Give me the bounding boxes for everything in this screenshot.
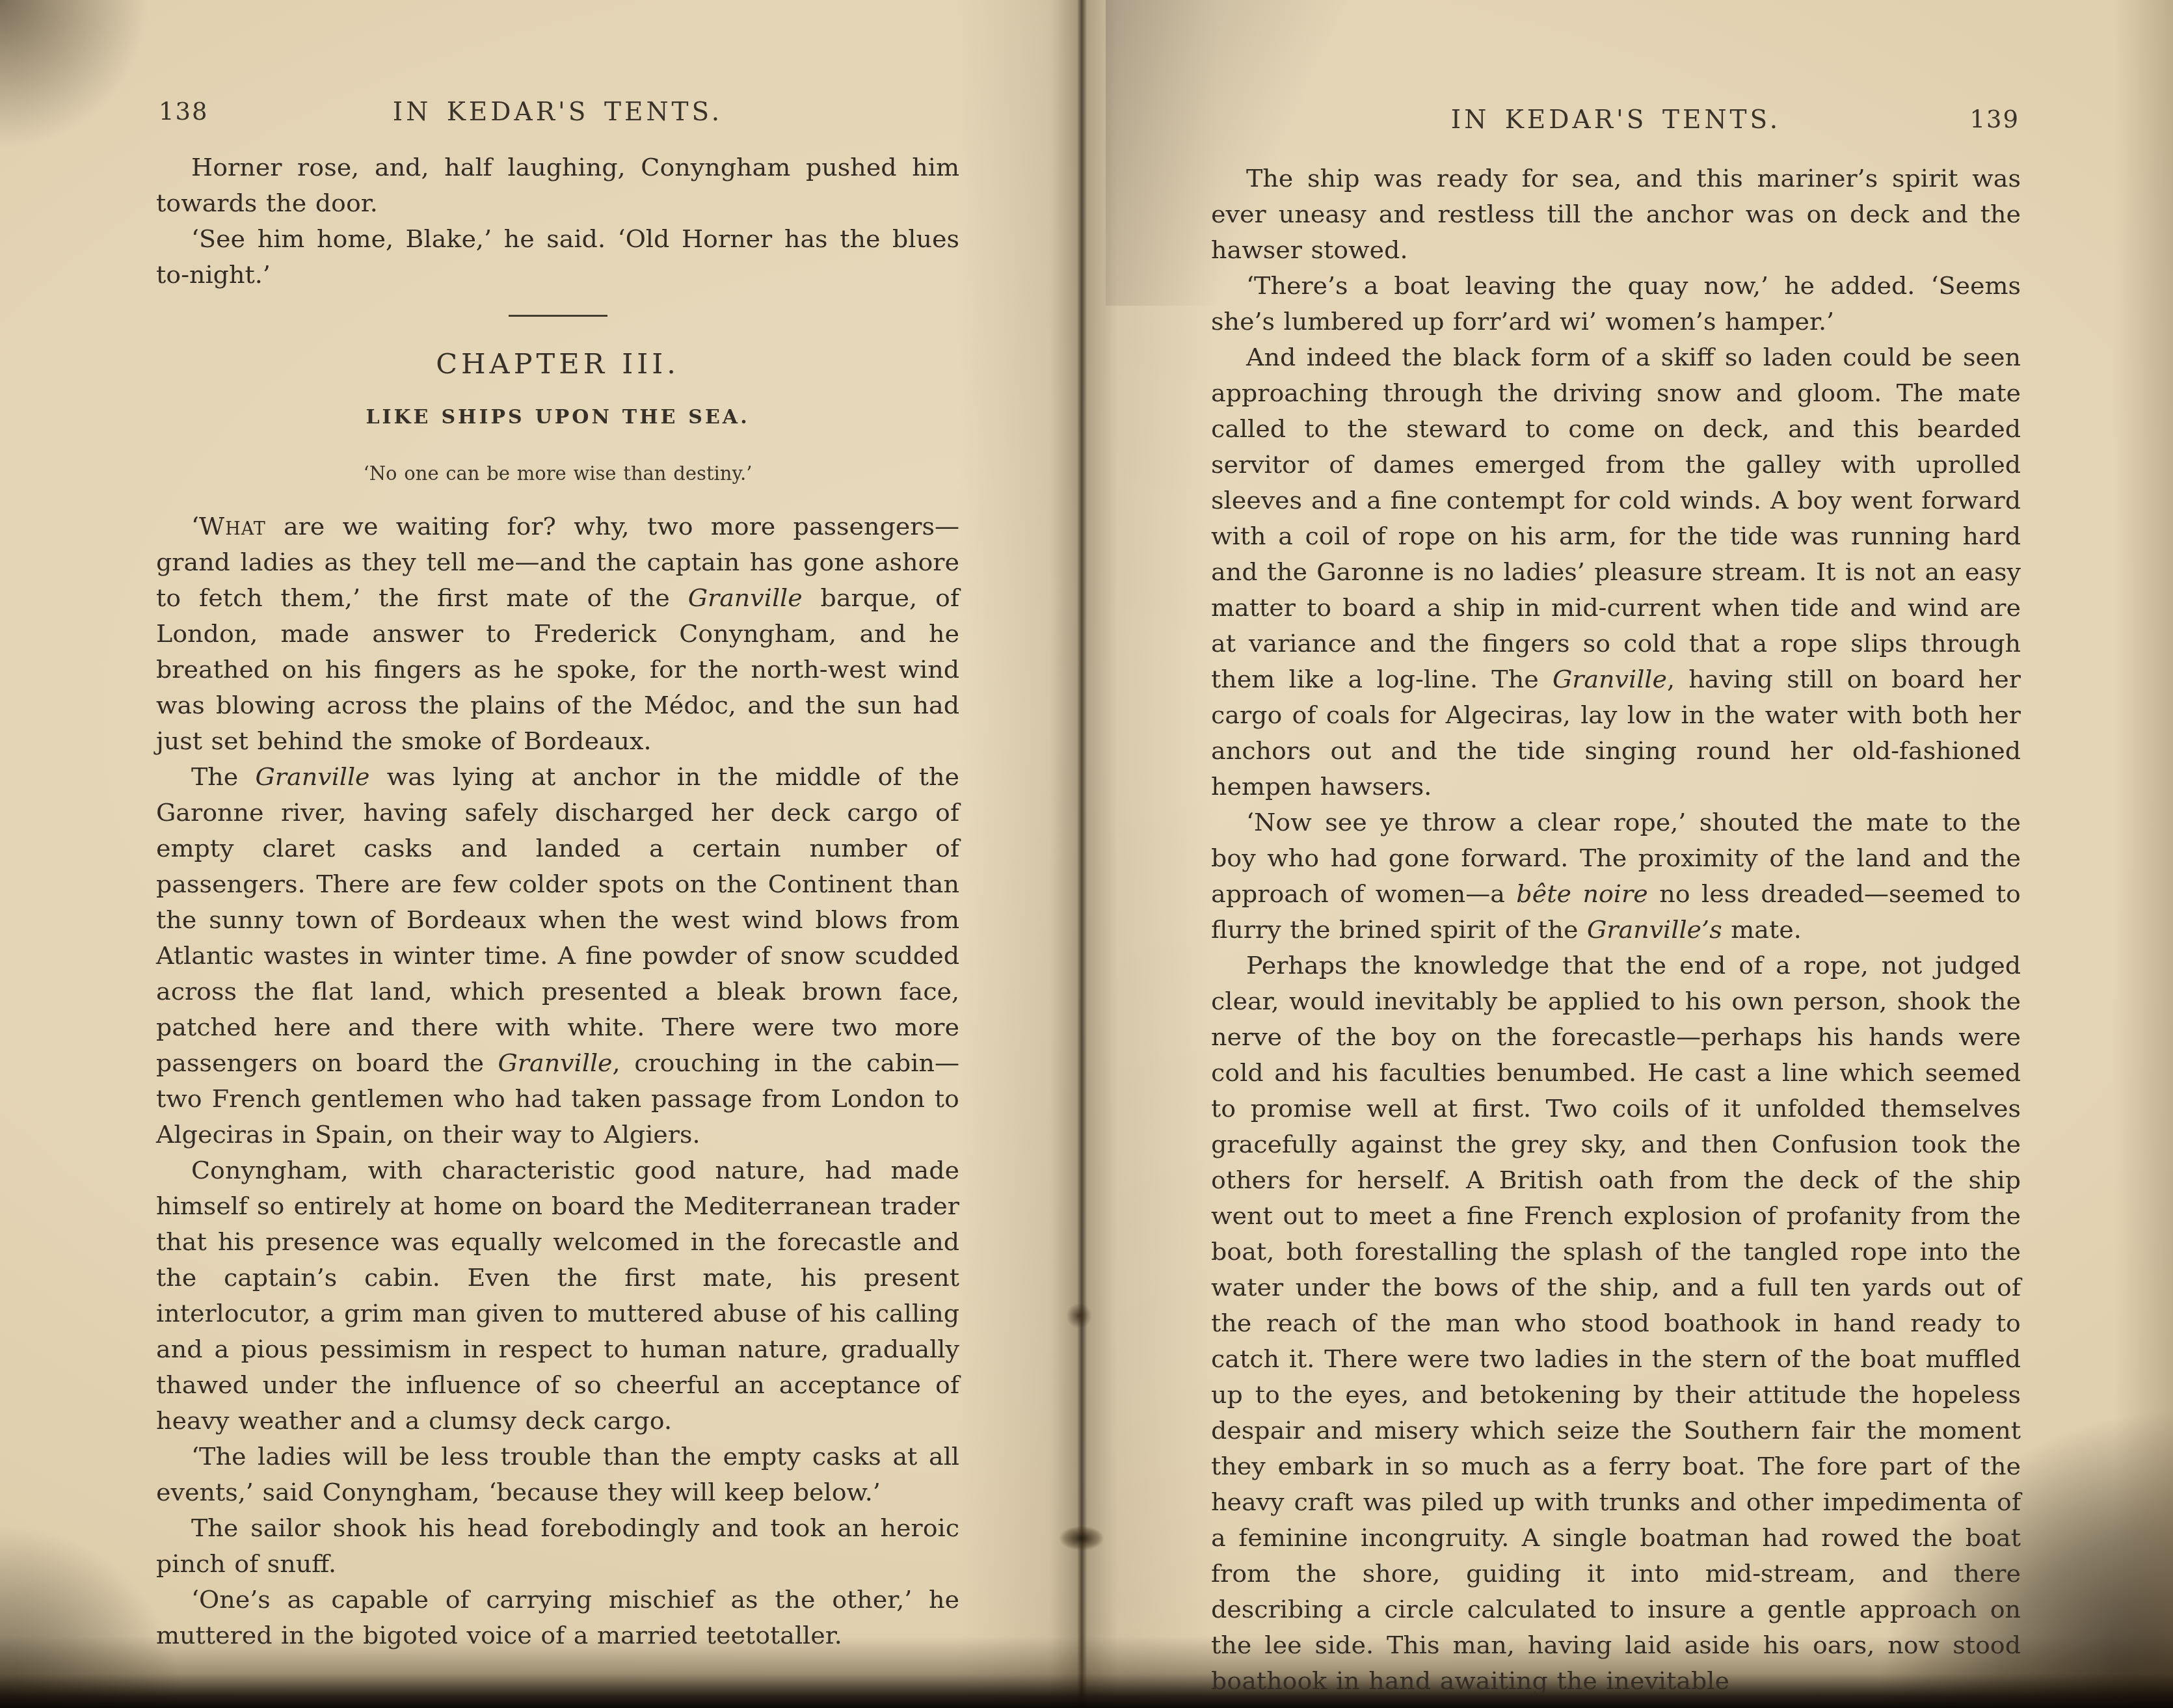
paragraph: And indeed the black form of a skiff so … xyxy=(1211,340,2021,805)
paragraph: ‘The ladies will be less trouble than th… xyxy=(156,1439,959,1510)
running-head: IN KEDAR'S TENTS. xyxy=(1211,105,2021,135)
paragraph: The Granville was lying at anchor in the… xyxy=(156,759,959,1153)
page-left-text: Horner rose, and, half laughing, Conyngh… xyxy=(156,150,959,1653)
paragraph: The ship was ready for sea, and this mar… xyxy=(1211,161,2021,268)
gutter-shadow xyxy=(956,0,1216,1708)
ink-blemish xyxy=(1046,1515,1117,1561)
running-head: IN KEDAR'S TENTS. xyxy=(156,98,959,127)
page-header-left: 138 IN KEDAR'S TENTS. xyxy=(156,98,959,127)
paragraph: ‘What are we waiting for? why, two more … xyxy=(156,509,959,759)
paragraph: Perhaps the knowledge that the end of a … xyxy=(1211,948,2021,1699)
paragraph: ‘See him home, Blake,’ he said. ‘Old Hor… xyxy=(156,221,959,293)
paragraph: ‘There’s a boat leaving the quay now,’ h… xyxy=(1211,268,2021,340)
chapter-subtitle: LIKE SHIPS UPON THE SEA. xyxy=(156,399,959,435)
page-header-right: 139 IN KEDAR'S TENTS. xyxy=(1211,105,2021,135)
page-number: 139 xyxy=(1969,105,2020,133)
section-divider xyxy=(509,315,607,317)
paragraph: The sailor shook his head forebodingly a… xyxy=(156,1510,959,1582)
corner-shadow-top-left xyxy=(0,0,182,156)
chapter-epigraph: ‘No one can be more wise than destiny.’ xyxy=(156,456,959,492)
page-right-text: The ship was ready for sea, and this mar… xyxy=(1211,161,2021,1699)
paragraph: ‘Now see ye throw a clear rope,’ shouted… xyxy=(1211,805,2021,948)
paragraph: ‘One’s as capable of carrying mischief a… xyxy=(156,1582,959,1653)
chapter-heading: CHAPTER III. xyxy=(156,347,959,382)
page-edge-shadow-right xyxy=(2114,0,2173,1708)
book-spread: 138 IN KEDAR'S TENTS. Horner rose, and, … xyxy=(0,0,2173,1708)
ink-spot xyxy=(1064,1301,1094,1331)
page-number: 138 xyxy=(159,98,209,126)
paragraph: Conyngham, with characteristic good natu… xyxy=(156,1153,959,1439)
paragraph: Horner rose, and, half laughing, Conyngh… xyxy=(156,150,959,221)
